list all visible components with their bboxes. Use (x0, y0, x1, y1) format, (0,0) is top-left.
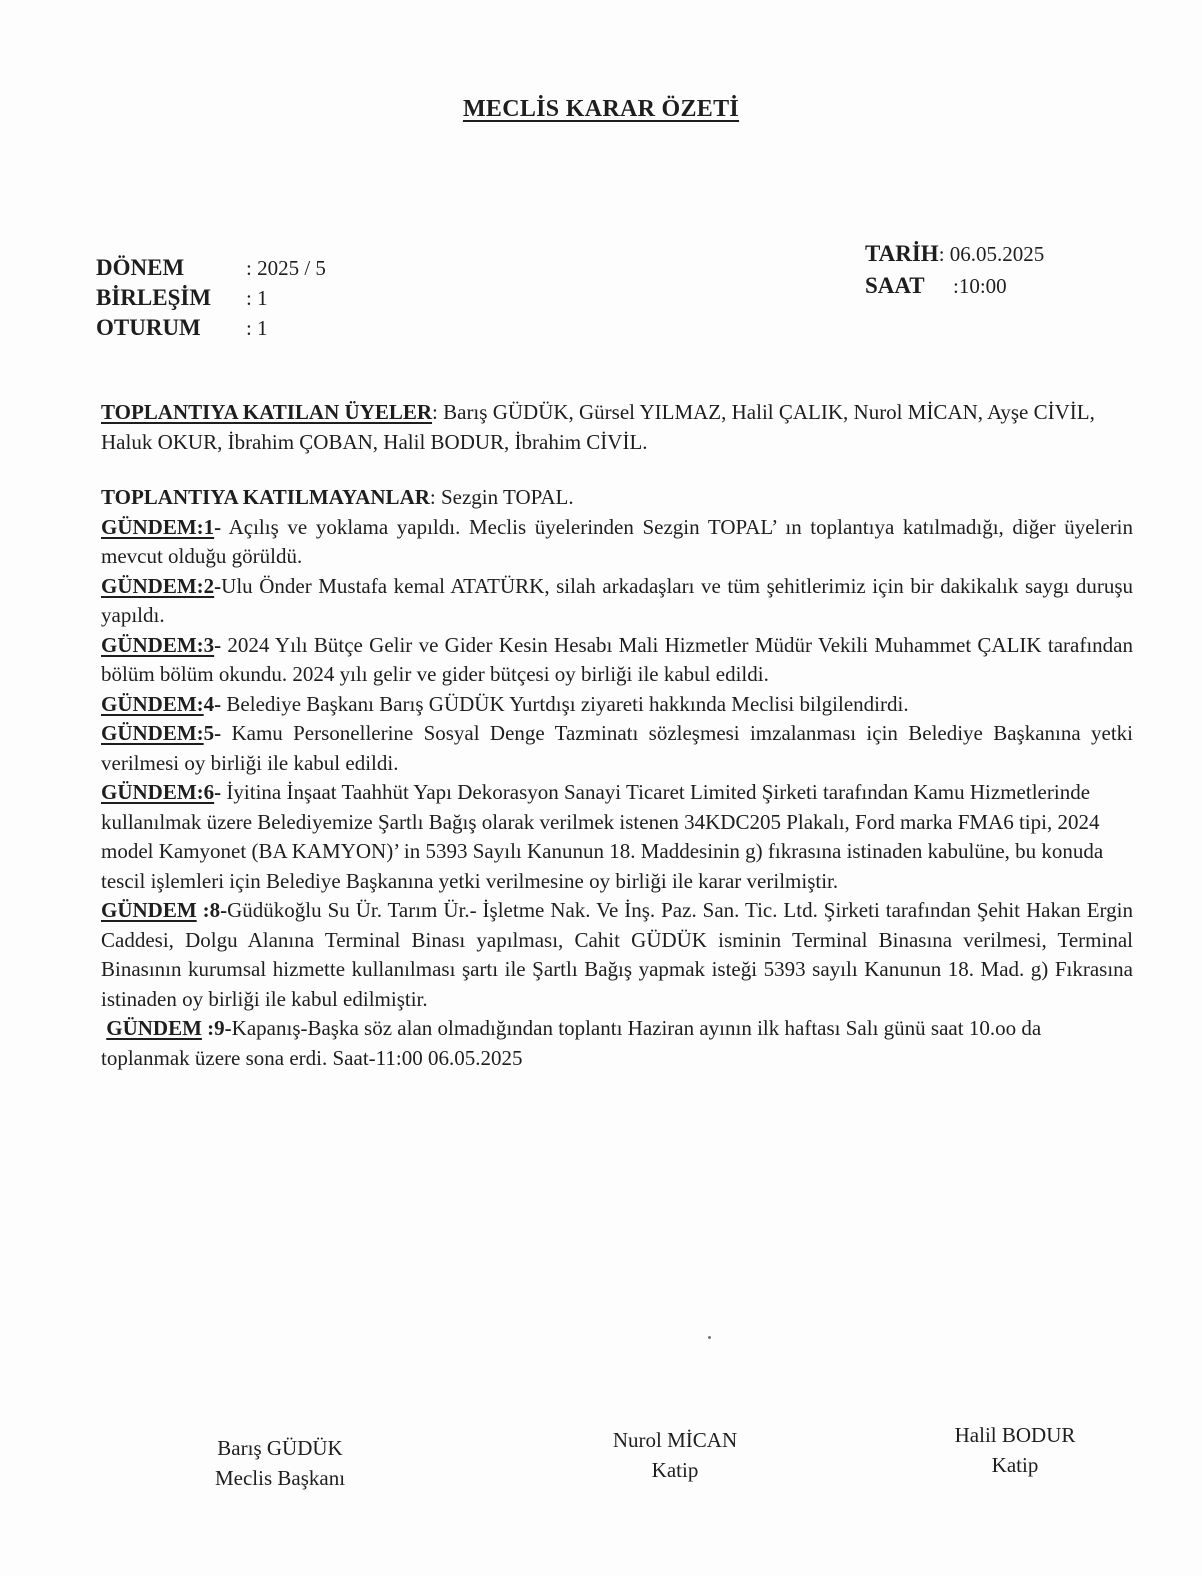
time-value: :10:00 (953, 274, 1007, 298)
agenda-label: GÜNDEM:3 (101, 633, 214, 657)
session-info: DÖNEM : 2025 / 5 BİRLEŞİM : 1 OTURUM : 1 (96, 253, 326, 343)
signature-block-clerk-1: Nurol MİCAN Katip (575, 1425, 775, 1485)
agenda-item: GÜNDEM:3- 2024 Yılı Bütçe Gelir ve Gider… (101, 631, 1133, 690)
minutes-body: TOPLANTIYA KATILMAYANLAR: Sezgin TOPAL. … (101, 483, 1133, 1073)
signatory-name: Barış GÜDÜK (180, 1433, 380, 1463)
title-text: MECLİS KARAR ÖZETİ (463, 96, 739, 122)
signatory-role: Katip (575, 1455, 775, 1485)
agenda-item: GÜNDEM:6- İyitina İnşaat Taahhüt Yapı De… (101, 778, 1133, 896)
signatory-name: Nurol MİCAN (575, 1425, 775, 1455)
agenda-text: Ulu Önder Mustafa kemal ATATÜRK, silah a… (101, 574, 1133, 628)
document-title: MECLİS KARAR ÖZETİ (0, 96, 1202, 123)
agenda-sep: :8- (197, 898, 227, 922)
agenda-text: 2024 Yılı Bütçe Gelir ve Gider Kesin Hes… (101, 633, 1133, 687)
oturum-label: OTURUM (96, 313, 246, 343)
agenda-sep: 4- (204, 692, 222, 716)
agenda-item: GÜNDEM :9-Kapanış-Başka söz alan olmadığ… (101, 1014, 1133, 1073)
donem-label: DÖNEM (96, 253, 246, 283)
agenda-label: GÜNDEM: (101, 692, 204, 716)
absentees-label: TOPLANTIYA KATILMAYANLAR (101, 485, 430, 509)
agenda-item: GÜNDEM:2-Ulu Önder Mustafa kemal ATATÜRK… (101, 572, 1133, 631)
agenda-item: GÜNDEM:5- Kamu Personellerine Sosyal Den… (101, 719, 1133, 778)
signatory-name: Halil BODUR (915, 1420, 1115, 1450)
agenda-sep: 5- (204, 721, 222, 745)
time-label: SAAT (865, 270, 953, 301)
time-row: SAAT:10:00 (865, 270, 1044, 302)
agenda-label: GÜNDEM: (101, 721, 204, 745)
signature-block-clerk-2: Halil BODUR Katip (915, 1420, 1115, 1480)
agenda-label: GÜNDEM:1 (101, 515, 214, 539)
signatory-role: Katip (915, 1450, 1115, 1480)
agenda-text: Kamu Personellerine Sosyal Denge Tazmina… (101, 721, 1133, 775)
signature-block-chair: Barış GÜDÜK Meclis Başkanı (180, 1433, 380, 1493)
agenda-label: GÜNDEM:6 (101, 780, 214, 804)
agenda-text: Kapanış-Başka söz alan olmadığından topl… (101, 1016, 1041, 1070)
date-label: TARİH (865, 241, 939, 266)
agenda-text: Güdükoğlu Su Ür. Tarım Ür.- İşletme Nak.… (101, 898, 1133, 1011)
meta-row-birlesim: BİRLEŞİM : 1 (96, 283, 326, 313)
attendees-label: TOPLANTIYA KATILAN ÜYELER (101, 400, 432, 424)
date-value: : 06.05.2025 (939, 242, 1045, 266)
agenda-item: GÜNDEM :8-Güdükoğlu Su Ür. Tarım Ür.- İş… (101, 896, 1133, 1014)
meta-row-oturum: OTURUM : 1 (96, 313, 326, 343)
agenda-label: GÜNDEM (101, 898, 197, 922)
birlesim-label: BİRLEŞİM (96, 283, 246, 313)
agenda-item: GÜNDEM:1- Açılış ve yoklama yapıldı. Mec… (101, 513, 1133, 572)
oturum-value: : 1 (246, 313, 268, 343)
scan-speck (708, 1336, 711, 1339)
absentees-section: TOPLANTIYA KATILMAYANLAR: Sezgin TOPAL. (101, 483, 1133, 513)
agenda-text: Belediye Başkanı Barış GÜDÜK Yurtdışı zi… (221, 692, 908, 716)
date-row: TARİH: 06.05.2025 (865, 238, 1044, 270)
agenda-text: İyitina İnşaat Taahhüt Yapı Dekorasyon S… (101, 780, 1103, 893)
donem-value: : 2025 / 5 (246, 253, 326, 283)
agenda-label: GÜNDEM (106, 1016, 202, 1040)
agenda-item: GÜNDEM:4- Belediye Başkanı Barış GÜDÜK Y… (101, 690, 1133, 720)
birlesim-value: : 1 (246, 283, 268, 313)
agenda-text: Açılış ve yoklama yapıldı. Meclis üyeler… (101, 515, 1133, 569)
agenda-sep: :9- (202, 1016, 232, 1040)
absentees-list: : Sezgin TOPAL. (430, 485, 574, 509)
meta-row-donem: DÖNEM : 2025 / 5 (96, 253, 326, 283)
attendees-section: TOPLANTIYA KATILAN ÜYELER: Barış GÜDÜK, … (101, 398, 1133, 457)
agenda-label: GÜNDEM:2 (101, 574, 214, 598)
date-time-info: TARİH: 06.05.2025 SAAT:10:00 (865, 238, 1044, 302)
signatory-role: Meclis Başkanı (180, 1463, 380, 1493)
